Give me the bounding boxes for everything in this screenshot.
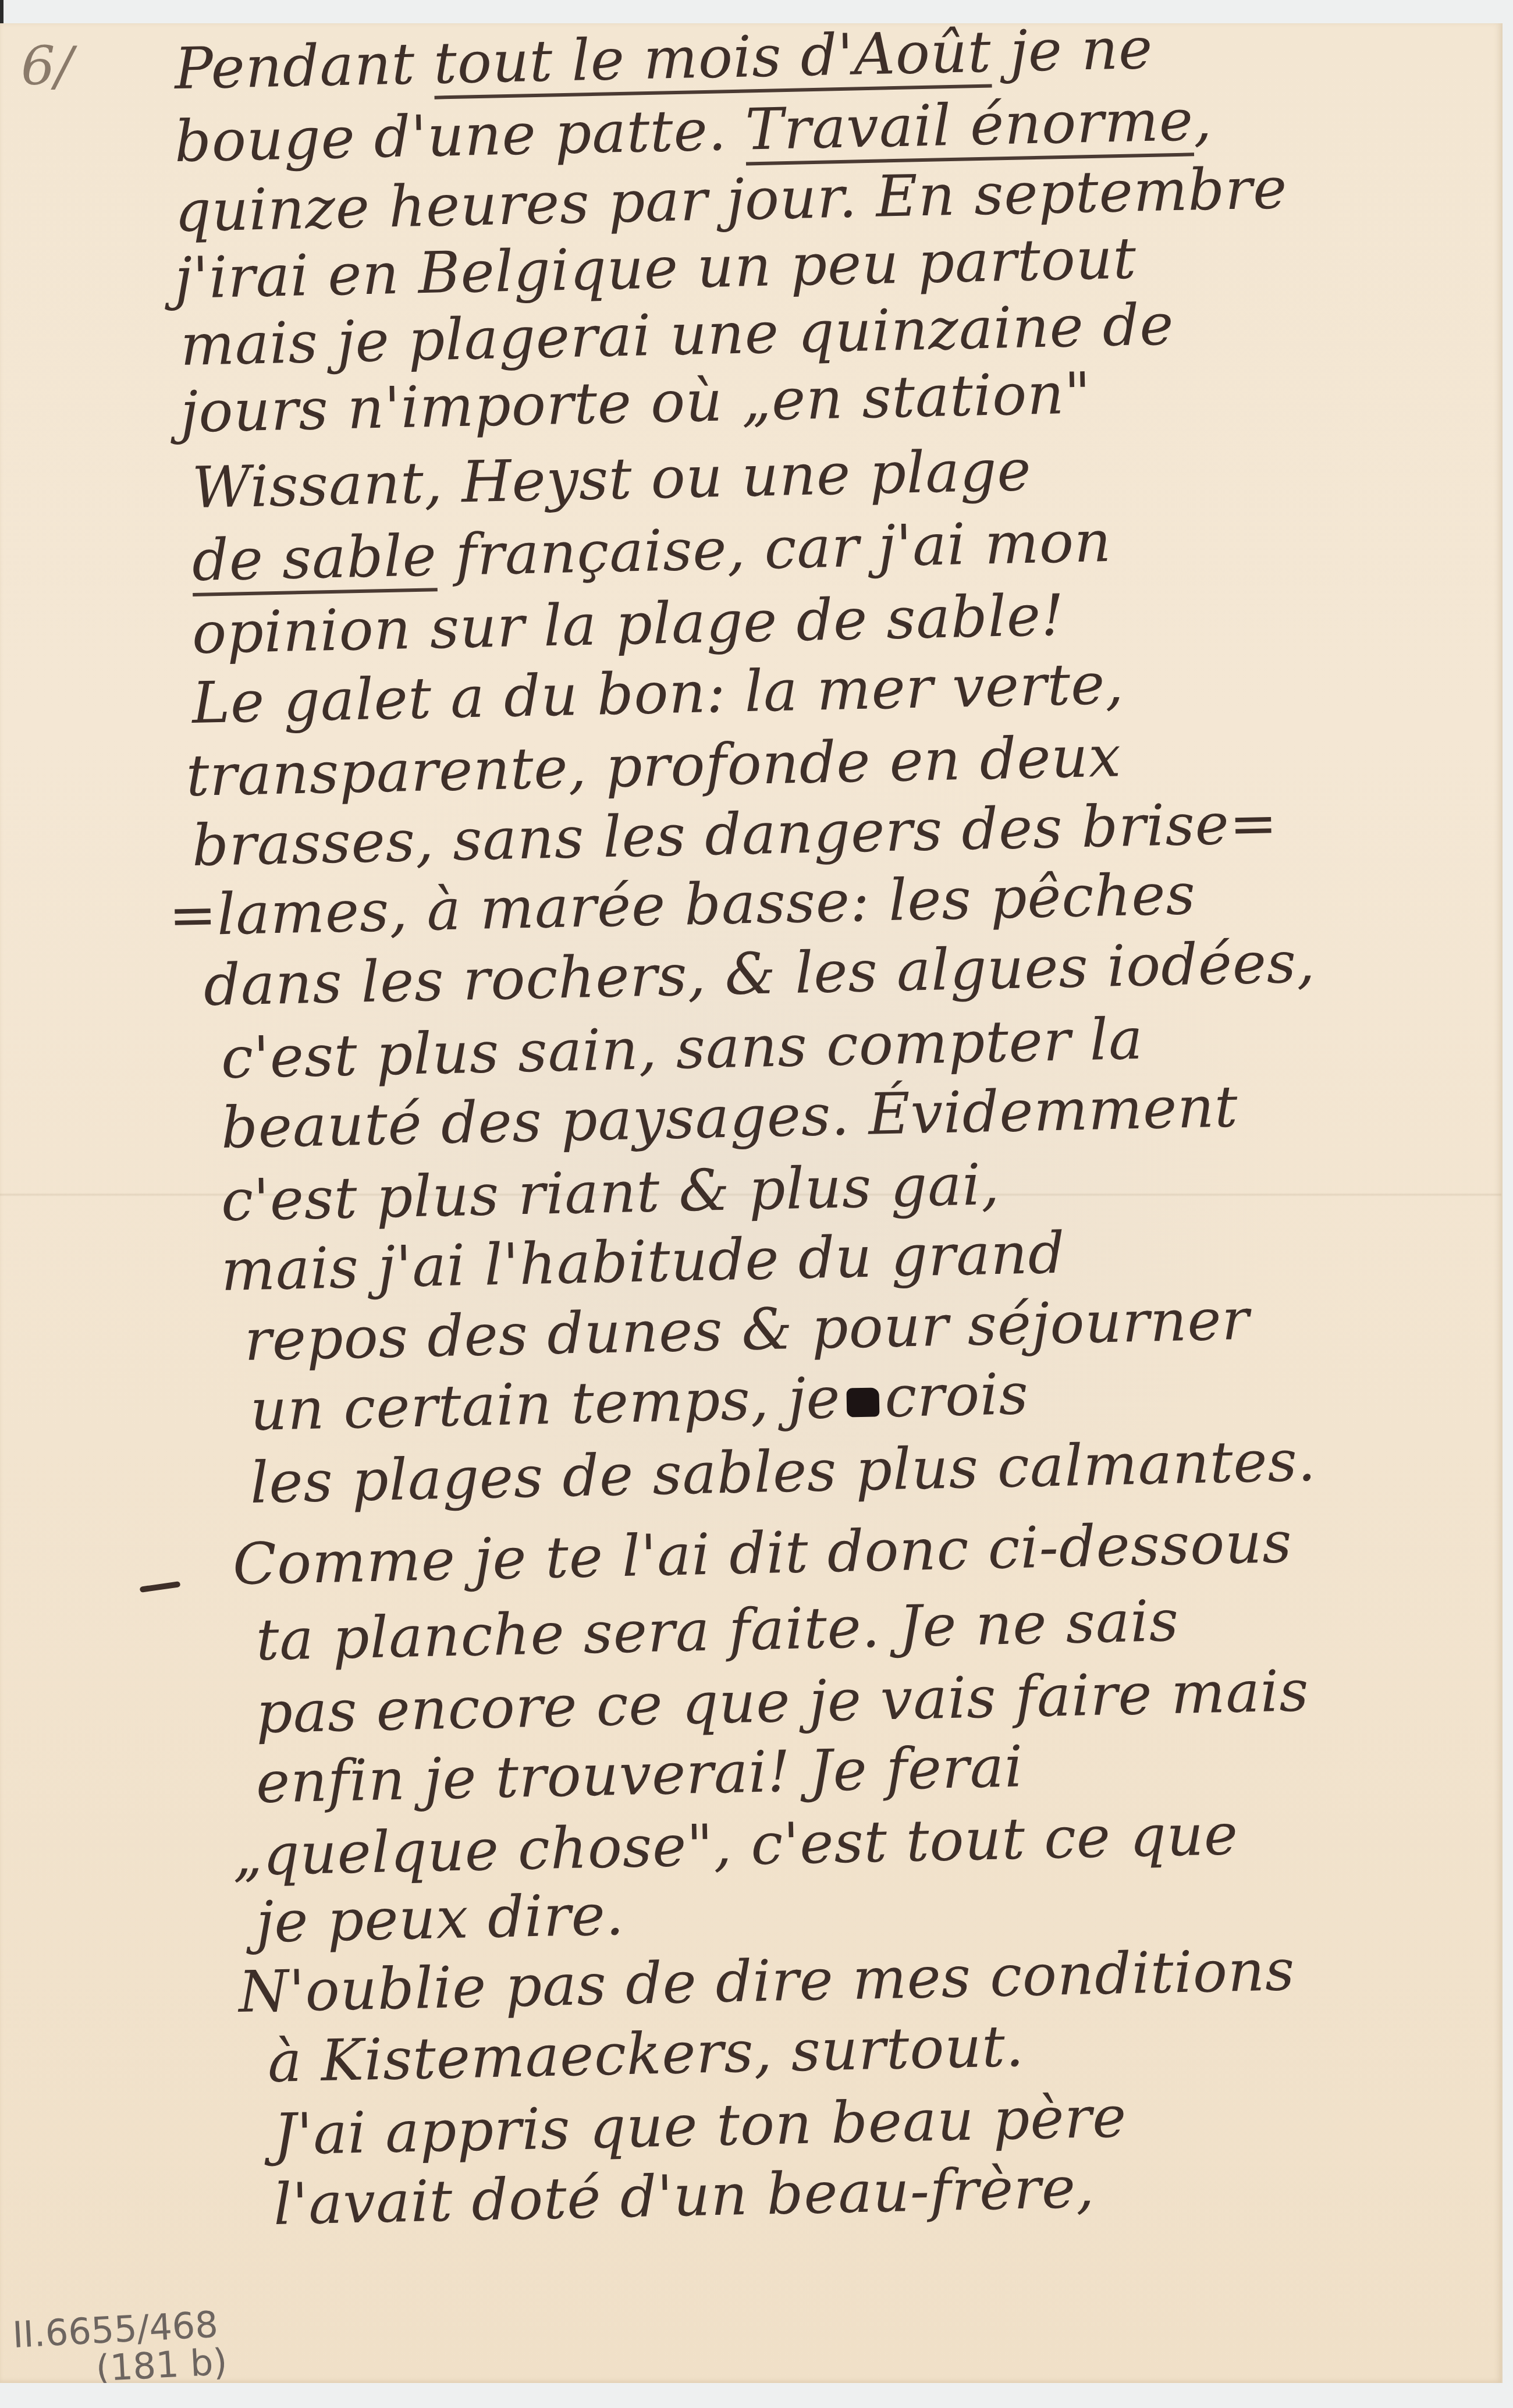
- underlined-phrase: tout le mois d'Août: [433, 19, 992, 97]
- letter-line-25: enfin je trouverai! Je ferai: [255, 1738, 1024, 1812]
- ink-blot: [846, 1387, 879, 1417]
- scan-background: [0, 2383, 1513, 2408]
- letter-line-17: c'est plus riant & plus gai,: [221, 1156, 1000, 1230]
- underlined-phrase: Travail énorme: [745, 87, 1194, 163]
- letter-line-20: un certain temps, jecrois: [250, 1366, 1029, 1439]
- letter-line-18: mais j'ai l'habitude du grand: [221, 1225, 1066, 1299]
- letter-line-29: à Kistemaeckers, surtout.: [267, 2018, 1025, 2091]
- letter-line-30: J'ai appris que ton beau père: [273, 2089, 1127, 2164]
- letter-line-7: Wissant, Heyst ou une plage: [191, 442, 1032, 517]
- letter-line-9: opinion sur la plage de sable!: [191, 587, 1065, 662]
- archive-reference: II.6655/468 (181 b): [12, 2305, 228, 2392]
- underlined-phrase: de sable: [191, 523, 438, 594]
- folio-number: 6/: [21, 35, 73, 97]
- letter-line-27: je peux dire.: [255, 1887, 625, 1951]
- letter-line-31: l'avait doté d'un beau-frère,: [273, 2159, 1095, 2233]
